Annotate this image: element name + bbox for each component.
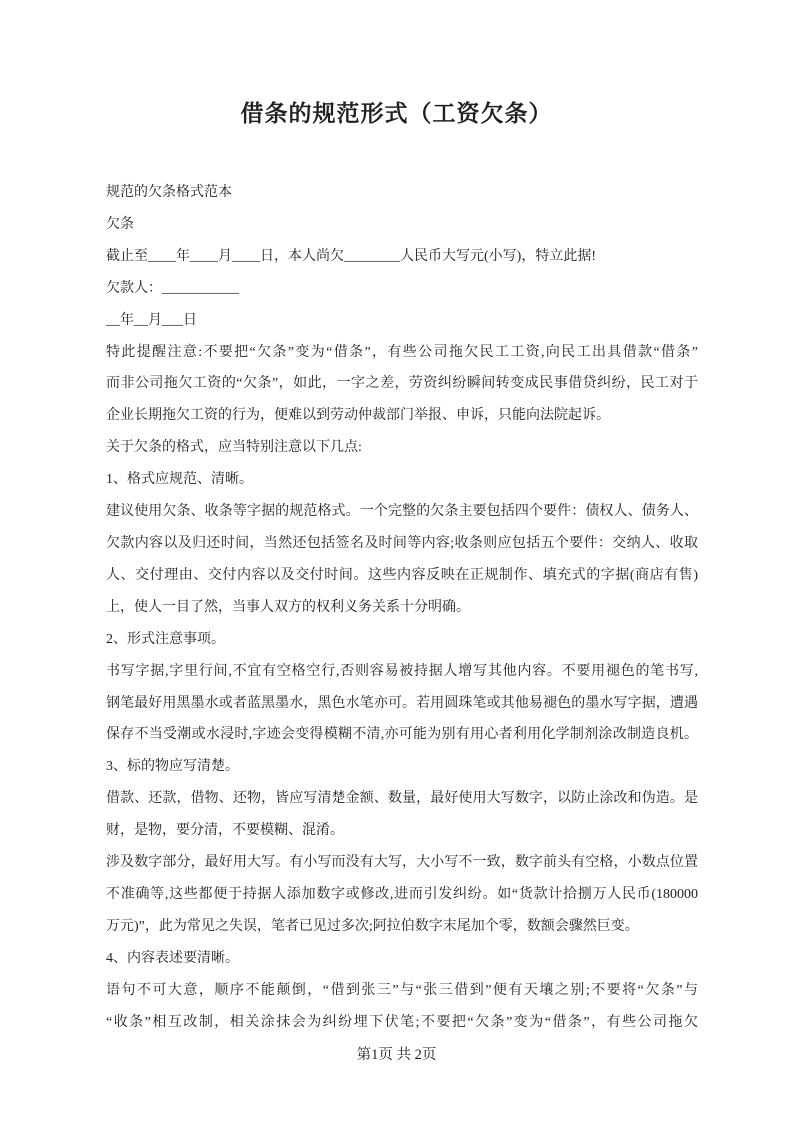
document-line: 欠条	[106, 209, 698, 241]
document-line: 语句不可大意，顺序不能颠倒，“借到张三”与“张三借到”便有天壤之别;不要将“欠条…	[106, 975, 698, 1007]
document-line: 规范的欠条格式范本	[106, 177, 698, 209]
document-line: 4、内容表述要清晰。	[106, 943, 698, 975]
document-line: 财，是物，要分清，不要模糊、混淆。	[106, 815, 698, 847]
document-line: 上，使人一目了然，当事人双方的权利义务关系十分明确。	[106, 592, 698, 624]
document-line: “收条”相互改制，相关涂抹会为纠纷埋下伏笔;不要把“欠条”变为“借条”，有些公司…	[106, 1007, 698, 1039]
document-line: 建议使用欠条、收条等字据的规范格式。一个完整的欠条主要包括四个要件：债权人、债务…	[106, 496, 698, 528]
document-line: 万元)”，此为常见之失误，笔者已见过多次;阿拉伯数字末尾加个零，数额会骤然巨变。	[106, 911, 698, 943]
document-line: 关于欠条的格式，应当特别注意以下几点:	[106, 432, 698, 464]
document-line: 钢笔最好用黑墨水或者蓝黑墨水，黑色水笔亦可。若用圆珠笔或其他易褪色的墨水写字据，…	[106, 688, 698, 720]
document-line: 截止至____年____月____日，本人尚欠________人民币大写元(小写…	[106, 241, 698, 273]
document-line: 3、标的物应写清楚。	[106, 751, 698, 783]
document-body: 规范的欠条格式范本欠条截止至____年____月____日，本人尚欠______…	[106, 177, 698, 1038]
document-line: 不准确等,这些都便于持据人添加数字或修改,进而引发纠纷。如“货款计拾捌万人民币(…	[106, 879, 698, 911]
page-footer: 第1页 共 2页	[0, 1039, 793, 1071]
document-line: 2、形式注意事项。	[106, 624, 698, 656]
document-title: 借条的规范形式（工资欠条）	[0, 97, 793, 131]
document-line: 书写字据,字里行间,不宜有空格空行,否则容易被持据人增写其他内容。不要用褪色的笔…	[106, 656, 698, 688]
document-line: 1、格式应规范、清晰。	[106, 464, 698, 496]
document-line: 企业长期拖欠工资的行为，便难以到劳动仲裁部门举报、申诉，只能向法院起诉。	[106, 400, 698, 432]
document-page: 借条的规范形式（工资欠条） 规范的欠条格式范本欠条截止至____年____月__…	[0, 0, 793, 1122]
document-line: 借款、还款，借物、还物，皆应写清楚金额、数量，最好使用大写数字，以防止涂改和伪造…	[106, 783, 698, 815]
document-line: __年__月___日	[106, 305, 698, 337]
document-line: 欠款人：___________	[106, 273, 698, 305]
document-line: 欠款内容以及归还时间，当然还包括签名及时间等内容;收条则应包括五个要件：交纳人、…	[106, 528, 698, 560]
document-line: 特此提醒注意:不要把“欠条”变为“借条”，有些公司拖欠民工工资,向民工出具借款“…	[106, 337, 698, 369]
document-line: 人、交付理由、交付内容以及交付时间。这些内容反映在正规制作、填充式的字据(商店有…	[106, 560, 698, 592]
document-line: 保存不当受潮或水浸时,字迹会变得模糊不清,亦可能为别有用心者利用化学制剂涂改制造…	[106, 719, 698, 751]
document-line: 涉及数字部分，最好用大写。有小写而没有大写，大小写不一致，数字前头有空格，小数点…	[106, 847, 698, 879]
document-line: 而非公司拖欠工资的“欠条”，如此，一字之差，劳资纠纷瞬间转变成民事借贷纠纷，民工…	[106, 368, 698, 400]
